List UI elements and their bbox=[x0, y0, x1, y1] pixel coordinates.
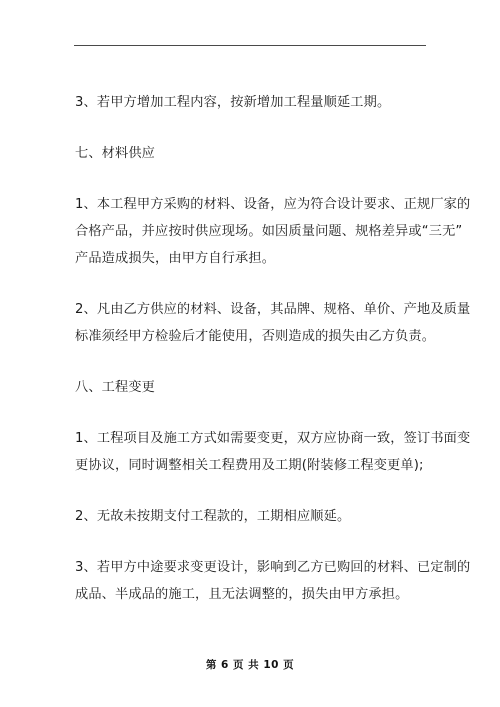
paragraph-line: 3、若甲方增加工程内容，按新增加工程量顺延工期。 bbox=[75, 95, 427, 111]
paragraph-line: 1、工程项目及施工方式如需要变更，双方应协商一致，签订书面变 bbox=[75, 431, 427, 447]
document-page: 3、若甲方增加工程内容，按新增加工程量顺延工期。 七、材料供应 1、本工程甲方采… bbox=[0, 0, 500, 707]
paragraph-line: 产品造成损失，由甲方自行承担。 bbox=[75, 251, 427, 267]
paragraph-line: 2、无故未按期支付工程款的，工期相应顺延。 bbox=[75, 509, 427, 525]
paragraph-line: 合格产品，并应按时供应现场。如因质量问题、规格差异或“三无” bbox=[75, 224, 427, 240]
paragraph-line: 标准须经甲方检验后才能使用，否则造成的损失由乙方负责。 bbox=[75, 329, 427, 345]
header-rule bbox=[74, 45, 426, 46]
paragraph-line: 1、本工程甲方采购的材料、设备，应为符合设计要求、正规厂家的 bbox=[75, 197, 427, 213]
paragraph-line: 3、若甲方中途要求变更设计，影响到乙方已购回的材料、已定制的 bbox=[75, 560, 427, 576]
paragraph-line: 成品、半成品的施工，且无法调整的，损失由甲方承担。 bbox=[75, 587, 427, 603]
page-number-footer: 第 6 页 共 10 页 bbox=[0, 657, 500, 672]
section-heading: 八、工程变更 bbox=[75, 380, 427, 396]
paragraph-line: 2、凡由乙方供应的材料、设备，其品牌、规格、单价、产地及质量 bbox=[75, 302, 427, 318]
paragraph-line: 更协议，同时调整相关工程费用及工期(附装修工程变更单); bbox=[75, 458, 427, 474]
section-heading: 七、材料供应 bbox=[75, 146, 427, 162]
